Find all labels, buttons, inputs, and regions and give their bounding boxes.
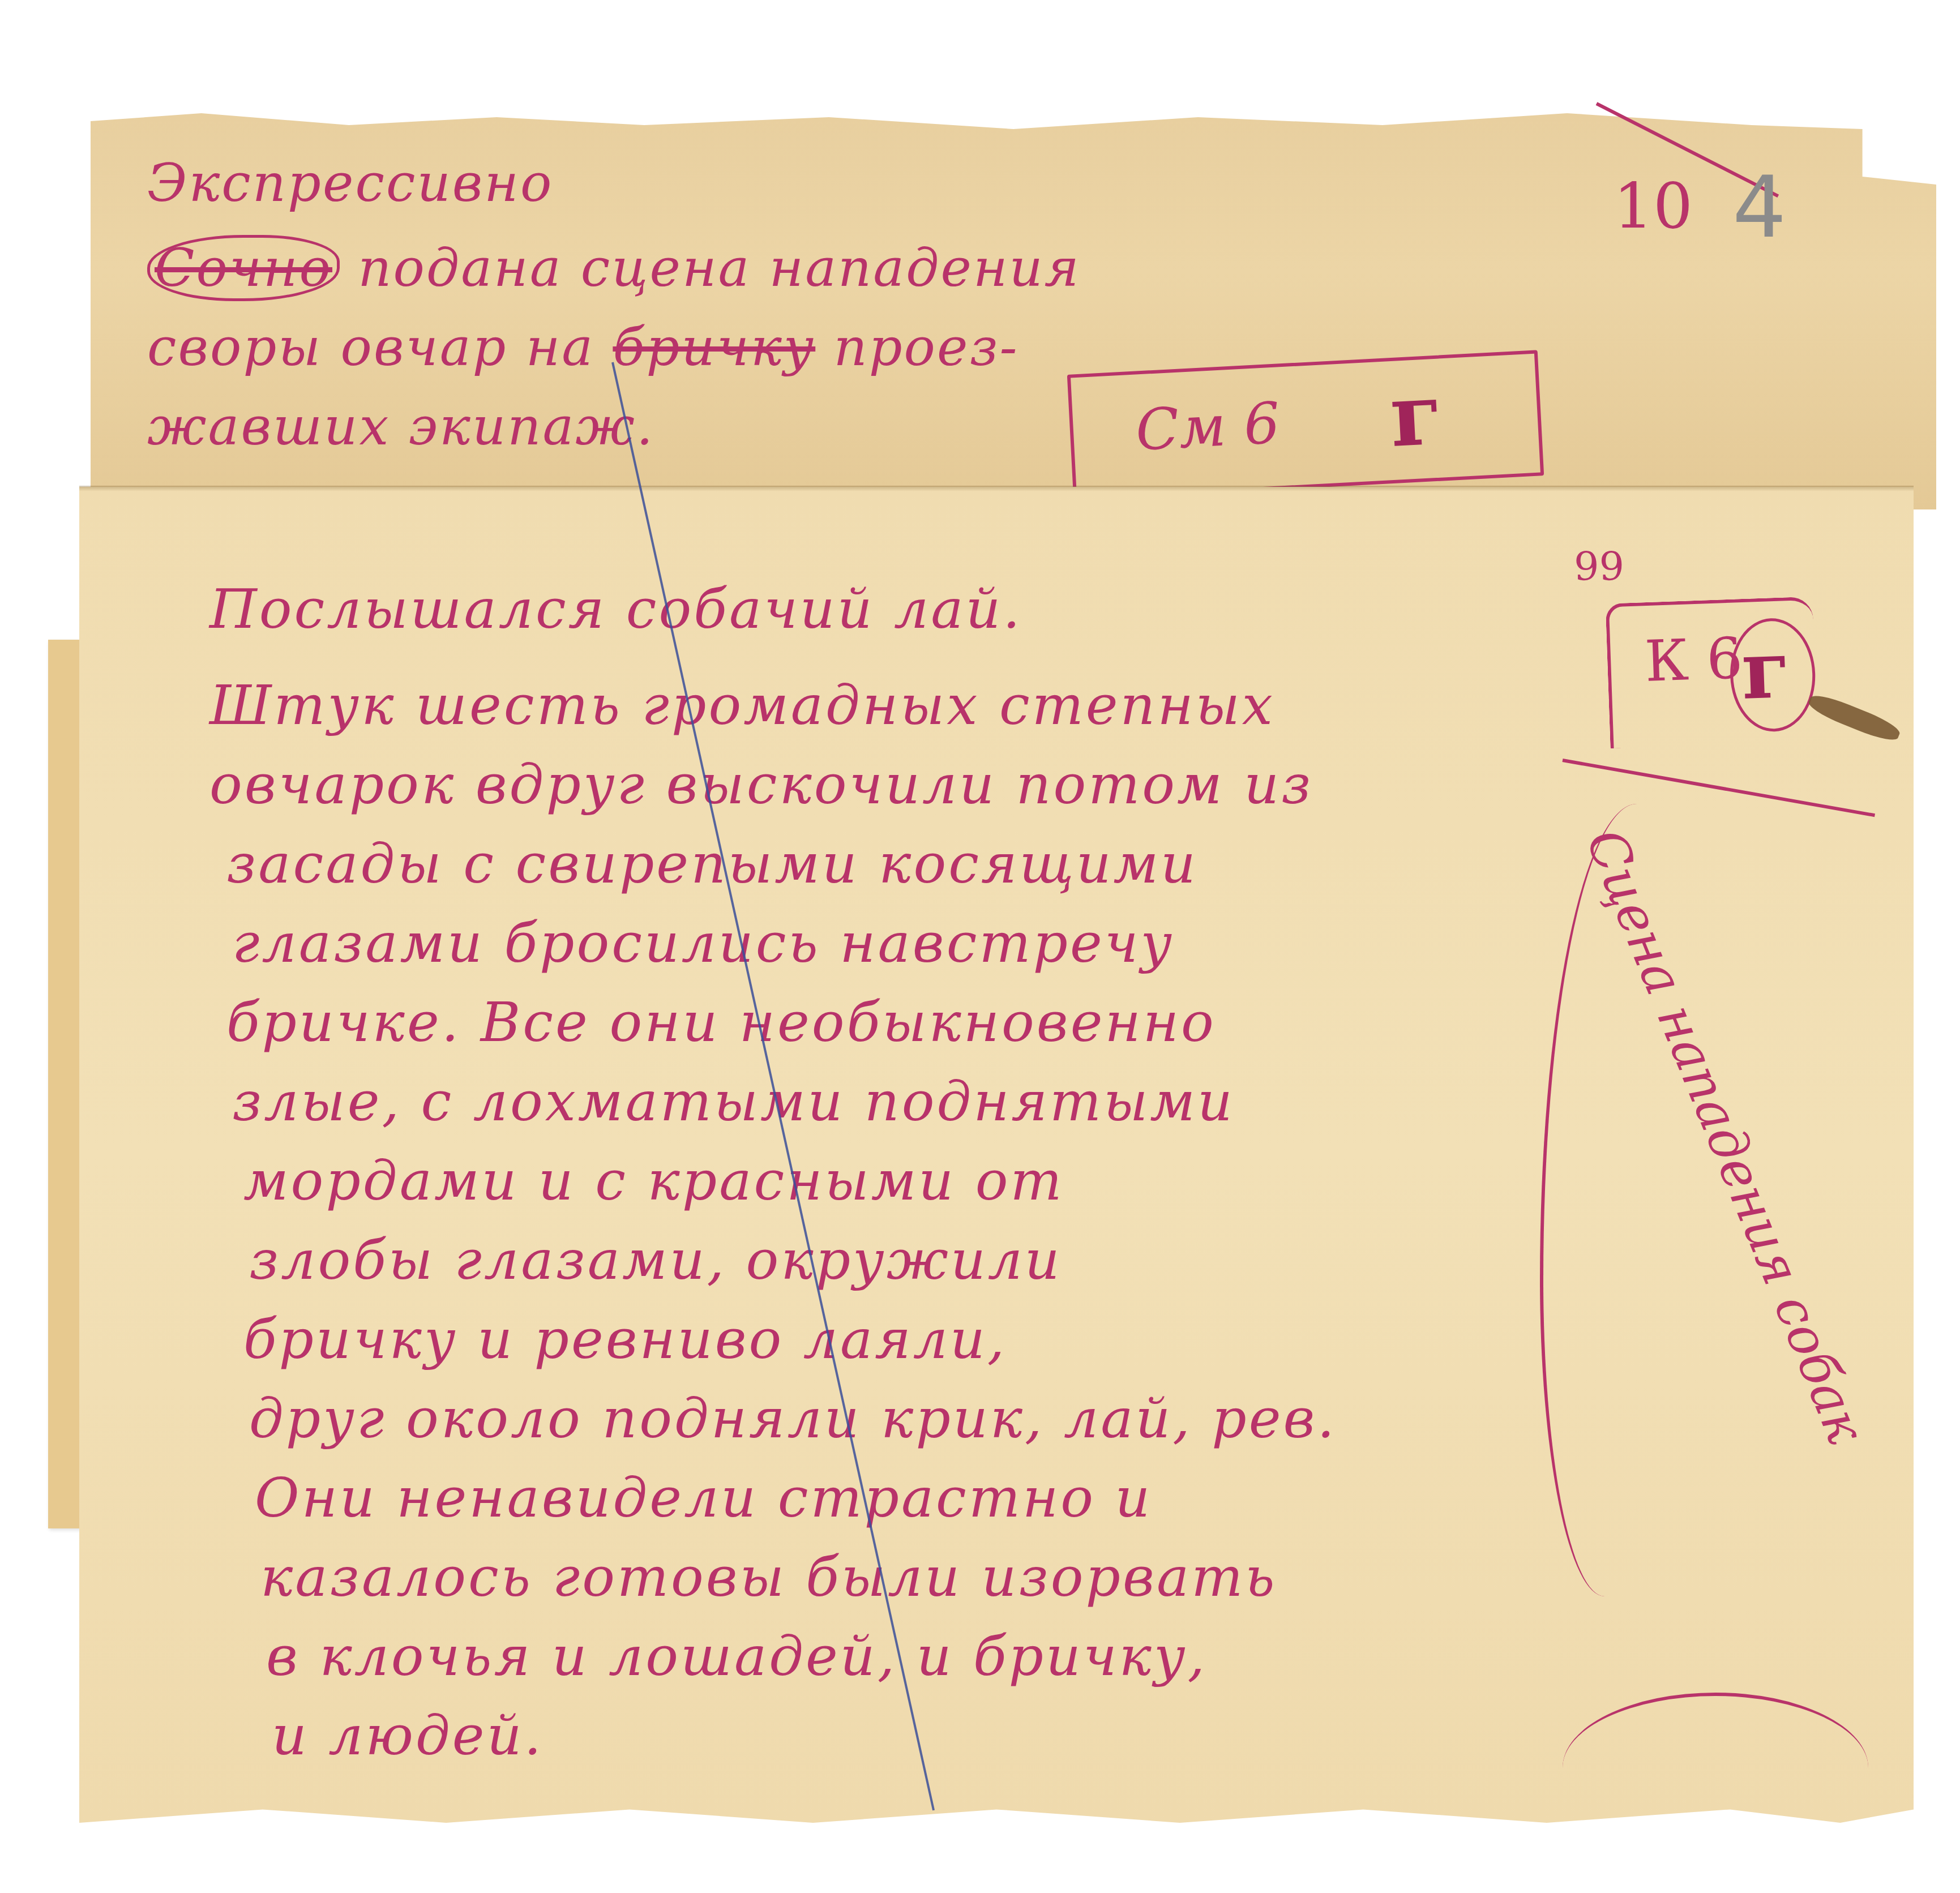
top-slip-line-3: своры овчар на бричку проез-: [147, 317, 1019, 378]
reference-label: К 6: [1644, 625, 1744, 695]
text-line: бричке. Все они необыкновенно: [226, 991, 1216, 1054]
struck-word: бричку: [613, 317, 815, 378]
folio-number-pencil: 4: [1732, 159, 1786, 257]
text-line: Они ненавидели страстно и: [255, 1466, 1152, 1530]
text-line: засады с свирепыми косящими: [226, 832, 1198, 896]
text-line: бричку и ревниво лаяли,: [243, 1308, 1007, 1371]
top-slip-line-2: Сочно подана сцена нападения: [147, 238, 1081, 298]
text-line: Послышался собачий лай.: [209, 577, 1022, 641]
main-reference-box: К 6 г: [1606, 597, 1818, 749]
reference-label: См 6: [1134, 389, 1282, 463]
reference-letter: г: [1388, 364, 1445, 466]
text-line: друг около подняли крик, лай, рев.: [249, 1387, 1337, 1450]
top-slip-line-4: жавших экипаж.: [147, 396, 654, 457]
text-line: мордами и с красными от: [243, 1149, 1064, 1213]
top-slip-line-2-text: подана сцена нападения: [358, 238, 1080, 298]
text-line: овчарок вдруг выскочили потом из: [209, 753, 1313, 816]
line-3-after: проез-: [815, 317, 1019, 378]
circled-struck-word: Сочно: [147, 235, 340, 301]
fold-shadow: [79, 486, 1914, 491]
line-3-before: своры овчар на: [147, 317, 613, 378]
text-line: Штук шесть громадных степных: [209, 674, 1275, 737]
reference-letter: г: [1740, 623, 1791, 718]
bottom-arc-mark: [1563, 1693, 1868, 1843]
text-line: и людей.: [272, 1704, 544, 1767]
text-line: казалось готовы были изорвать: [260, 1545, 1277, 1609]
page-number: 99: [1574, 543, 1624, 590]
text-line: злобы глазами, окружили: [249, 1228, 1062, 1292]
text-line: глазами бросились навстречу: [232, 911, 1174, 975]
text-line: в клочья и лошадей, и бричку,: [266, 1625, 1207, 1688]
text-line: злые, с лохматыми поднятыми: [232, 1070, 1235, 1133]
top-reference-box: См 6 г: [1067, 350, 1544, 500]
top-slip-line-1: Экспрессивно: [147, 153, 553, 213]
folio-number-red: 10: [1614, 170, 1693, 242]
